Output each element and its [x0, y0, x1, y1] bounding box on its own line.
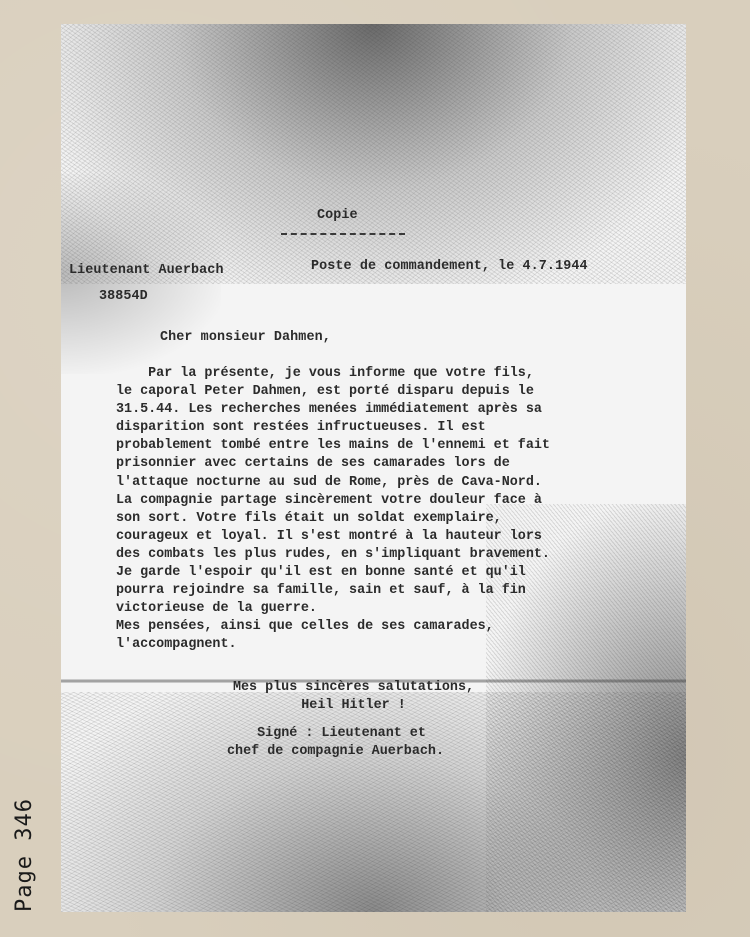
body-line: courageux et loyal. Il s'est montré à la… — [116, 528, 676, 546]
body-line: Je garde l'espoir qu'il est en bonne san… — [116, 564, 676, 582]
signature-line-1: Signé : Lieutenant et — [61, 725, 654, 743]
typed-letter-copy: Copie Lieutenant Auerbach 38854D Poste d… — [61, 24, 686, 912]
body-line: des combats les plus rudes, en s'impliqu… — [116, 546, 676, 564]
body-line: victorieuse de la guerre. — [116, 600, 676, 618]
sender-name: Lieutenant Auerbach — [69, 262, 224, 280]
body-line: La compagnie partage sincèrement votre d… — [116, 492, 676, 510]
body-line: Mes pensées, ainsi que celles de ses cam… — [116, 618, 676, 636]
body-line: prisonnier avec certains de ses camarade… — [116, 455, 676, 473]
body-line: l'attaque nocturne au sud de Rome, près … — [116, 474, 676, 492]
letter-body: Par la présente, je vous informe que vot… — [116, 365, 676, 655]
body-line: le caporal Peter Dahmen, est porté dispa… — [116, 383, 676, 401]
sender-id: 38854D — [99, 288, 148, 306]
body-line: probablement tombé entre les mains de l'… — [116, 437, 676, 455]
page-number-label: Page 346 — [12, 798, 37, 912]
document-heading: Copie — [317, 207, 358, 225]
place-date: Poste de commandement, le 4.7.1944 — [311, 258, 588, 276]
salutation: Cher monsieur Dahmen, — [160, 329, 331, 347]
body-line: 31.5.44. Les recherches menées immédiate… — [116, 401, 676, 419]
closing-greeting: Heil Hitler ! — [61, 697, 666, 715]
body-line: son sort. Votre fils était un soldat exe… — [116, 510, 676, 528]
signature-line-2: chef de compagnie Auerbach. — [61, 743, 648, 761]
heading-underline — [281, 233, 405, 235]
body-line: pourra rejoindre sa famille, sain et sau… — [116, 582, 676, 600]
body-line: Par la présente, je vous informe que vot… — [116, 365, 676, 383]
closing-regards: Mes plus sincères salutations, — [61, 679, 666, 697]
body-line: disparition sont restées infructueuses. … — [116, 419, 676, 437]
body-line: l'accompagnent. — [116, 636, 676, 654]
